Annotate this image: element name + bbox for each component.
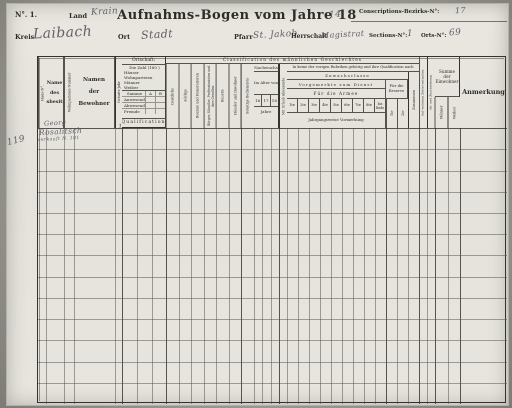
grid-row-line bbox=[38, 171, 507, 172]
army-age-col-6: 6te bbox=[342, 99, 353, 113]
army-age-col-7: 7te bbox=[353, 99, 364, 113]
grid-vline bbox=[287, 128, 288, 404]
summary-col-a: A bbox=[145, 91, 155, 96]
remarks-column-header: Anmerkung bbox=[460, 57, 507, 128]
summary-row-present: Anwesende bbox=[122, 97, 145, 102]
army-age-col-2: 2te bbox=[298, 99, 309, 113]
column-header-house-number: Haus-N°. bbox=[38, 57, 46, 128]
grid-row-line bbox=[38, 298, 507, 299]
ort-value-handwritten: Stadt bbox=[141, 27, 174, 42]
section-number-label: Sections-N°: bbox=[369, 33, 407, 39]
class-column-cottagers: Häusler und Inwohner bbox=[229, 64, 242, 128]
grid-vline bbox=[427, 128, 428, 404]
grid-vline bbox=[152, 128, 153, 404]
add-remove-column: Ab- und Zuschreibung bbox=[427, 57, 435, 128]
army-age-col-4: 4te bbox=[320, 99, 331, 113]
census-table: Haus-N°. NamedesHausbesitzers Wohnpartei… bbox=[37, 56, 506, 403]
grid-row-line bbox=[38, 255, 507, 256]
grid-vline bbox=[216, 128, 217, 404]
summary-cell bbox=[155, 109, 165, 114]
title-year-handwritten: 14 bbox=[329, 10, 342, 21]
grid-vline bbox=[64, 128, 65, 404]
land-label: Land bbox=[69, 12, 87, 20]
house-owner-line2: des bbox=[46, 90, 64, 96]
ortschaft-count-table: Die Zahl (180 ) Häuser Wohnparteien Männ… bbox=[122, 65, 166, 91]
class-column-farmers: Bauern bbox=[216, 64, 229, 128]
for-the-reserve-label: Für die Reserve bbox=[386, 80, 408, 99]
grid-vline bbox=[397, 128, 398, 404]
summary-row-absent: Abwesende bbox=[122, 103, 145, 108]
grid-vline-strong bbox=[419, 128, 420, 404]
grid-vline bbox=[137, 128, 138, 404]
nachwuchs-subtitle: Im Alter von bbox=[254, 72, 279, 95]
for-the-army-row: Für die Armee bbox=[287, 89, 386, 99]
total-men-column: Männer bbox=[435, 97, 448, 128]
form-sheet: N°. 1. Land Krain Aufnahms-Bogen vom Jah… bbox=[6, 3, 509, 406]
form-number: N°. 1. bbox=[15, 10, 37, 19]
zusammen-column: Zusammen bbox=[408, 72, 419, 128]
other-rubrics-header: In keine der vorigen Rubriken gehörig un… bbox=[287, 64, 419, 72]
column-header-house-owner: NamedesHausbesitzers bbox=[46, 57, 64, 128]
class-column-officials: Beamte und Honoratioren bbox=[191, 64, 204, 128]
orts-number-label: Orts-N°: bbox=[421, 33, 446, 39]
male-classification-title: Classification des männlichen Geschlecht… bbox=[166, 57, 419, 64]
kreis-value-handwritten: Laibach bbox=[33, 23, 93, 42]
section-number-value: 1 bbox=[407, 29, 414, 39]
inhabitants-line1: Namen bbox=[79, 77, 110, 84]
column-header-household-number: Wohnparteien-Nummer bbox=[64, 57, 74, 128]
inhabitants-line3: Bewohner bbox=[79, 101, 110, 108]
grid-vline bbox=[254, 128, 255, 404]
summary-cell bbox=[145, 97, 155, 102]
summary-header: Summe bbox=[122, 91, 145, 96]
pfarr-label: Pfarr bbox=[234, 33, 253, 41]
ortschaft-summary-table: SummeAB Anwesende Abwesende Fremde bbox=[122, 91, 166, 119]
class-column-nobles: Adelige bbox=[179, 64, 192, 128]
grid-vline bbox=[46, 128, 47, 404]
army-age-col-1: 1te bbox=[287, 99, 298, 113]
class-column-servants: Sonstige Bedienstete bbox=[241, 64, 254, 128]
army-age-col-5: 5te bbox=[331, 99, 342, 113]
grid-vline bbox=[298, 128, 299, 404]
grid-vline-strong bbox=[460, 128, 461, 404]
class-column-clergy: Geistliche bbox=[166, 64, 179, 128]
column-header-inhabitants: NamenderBewohner bbox=[74, 57, 115, 128]
entry-house-number-margin: 119 bbox=[6, 134, 26, 148]
grid-vline bbox=[191, 128, 192, 404]
grid-vline bbox=[320, 128, 321, 404]
grid-vline bbox=[331, 128, 332, 404]
grid-row-line bbox=[38, 319, 507, 320]
house-owner-line3: Hausbesitzers bbox=[46, 99, 64, 105]
grid-vline bbox=[74, 128, 75, 404]
nachwuchs-age-16: 16 bbox=[254, 95, 262, 107]
grid-vline bbox=[375, 128, 376, 404]
header-bottom-rule bbox=[38, 128, 507, 129]
column-header-birth-year: Geburts-Jahr bbox=[115, 57, 122, 128]
summary-col-b: B bbox=[155, 91, 165, 96]
inhabitants-line2: der bbox=[79, 89, 110, 96]
grid-vline bbox=[342, 128, 343, 404]
conscription-district-label: Conscriptions-Bezirks-N°: bbox=[359, 9, 439, 15]
grid-vline-strong bbox=[122, 128, 123, 404]
army-footer: Jahrgangsweise Vormerkung bbox=[287, 113, 386, 128]
kreis-label: Kreis bbox=[15, 33, 34, 41]
grid-row-line bbox=[38, 234, 507, 235]
orts-number-value: 69 bbox=[449, 28, 462, 39]
summary-cell bbox=[155, 97, 165, 102]
earmarked-for-service-row: Vorgemerkte zum Dienst bbox=[287, 80, 386, 89]
grid-vline bbox=[115, 128, 116, 404]
grid-row-line bbox=[38, 192, 507, 193]
summary-cell bbox=[155, 103, 165, 108]
reserve-col-2: 2te bbox=[397, 99, 408, 128]
army-age-col-3: 3te bbox=[309, 99, 320, 113]
grid-row-line bbox=[38, 383, 507, 384]
nachwuchs-age-18: 18 bbox=[271, 95, 279, 107]
grid-vline bbox=[364, 128, 365, 404]
nachwuchs-footer: Jahre bbox=[254, 107, 279, 128]
total-women-column: Weiber bbox=[448, 97, 461, 128]
conscription-underline bbox=[351, 21, 507, 22]
grid-row-line bbox=[38, 362, 507, 363]
class-column-craftsmen: Bürger, Künstler, Professionisten und ih… bbox=[204, 64, 217, 128]
grid-vline bbox=[309, 128, 310, 404]
grid-vline bbox=[353, 128, 354, 404]
count-row-women: Weiber bbox=[122, 85, 165, 90]
grid-vline bbox=[204, 128, 205, 404]
scanned-form-page: N°. 1. Land Krain Aufnahms-Bogen vom Jah… bbox=[0, 0, 512, 408]
reserve-col-1: 1te bbox=[386, 99, 397, 128]
grid-vline bbox=[262, 128, 263, 404]
conscription-district-value: 17 bbox=[455, 6, 466, 16]
ortschaft-box-title: Ortschaft: bbox=[122, 57, 166, 65]
ort-label: Ort bbox=[118, 33, 130, 41]
grid-vline-strong bbox=[241, 128, 242, 404]
grid-vline bbox=[408, 128, 409, 404]
grid-row-line bbox=[38, 149, 507, 150]
zuwachs-class-row: Zuwachsclasse bbox=[287, 72, 408, 80]
leave-absent-column: Mit Urlaub Abwesende bbox=[279, 64, 287, 128]
grid-vline-strong bbox=[386, 128, 387, 404]
grid-vline bbox=[448, 128, 449, 404]
grid-row-line bbox=[38, 340, 507, 341]
zettel-reference-column: Auf welchem Zettel enthalten bbox=[419, 57, 427, 128]
grid-row-line bbox=[38, 277, 507, 278]
nachwuchs-title: Nachwuchs bbox=[254, 64, 279, 72]
herrschaft-value-handwritten: Magistrat bbox=[321, 29, 365, 40]
summary-cell bbox=[145, 103, 155, 108]
nachwuchs-age-17: 17 bbox=[262, 95, 270, 107]
grid-vline-strong bbox=[435, 128, 436, 404]
grid-vline-strong bbox=[166, 128, 167, 404]
grid-vline-strong bbox=[279, 128, 280, 404]
grid-vline bbox=[179, 128, 180, 404]
grid-vline bbox=[229, 128, 230, 404]
inhabitants-total-title: Summe der Einwohner bbox=[435, 57, 460, 97]
army-age-col-8: 8te bbox=[364, 99, 375, 113]
summary-row-foreign: Fremde bbox=[122, 109, 145, 114]
house-owner-line1: Name bbox=[46, 80, 64, 86]
army-age-col-end: bis Ende bbox=[375, 99, 386, 113]
summary-cell bbox=[145, 109, 155, 114]
grid-row-line bbox=[38, 213, 507, 214]
grid-vline bbox=[271, 128, 272, 404]
